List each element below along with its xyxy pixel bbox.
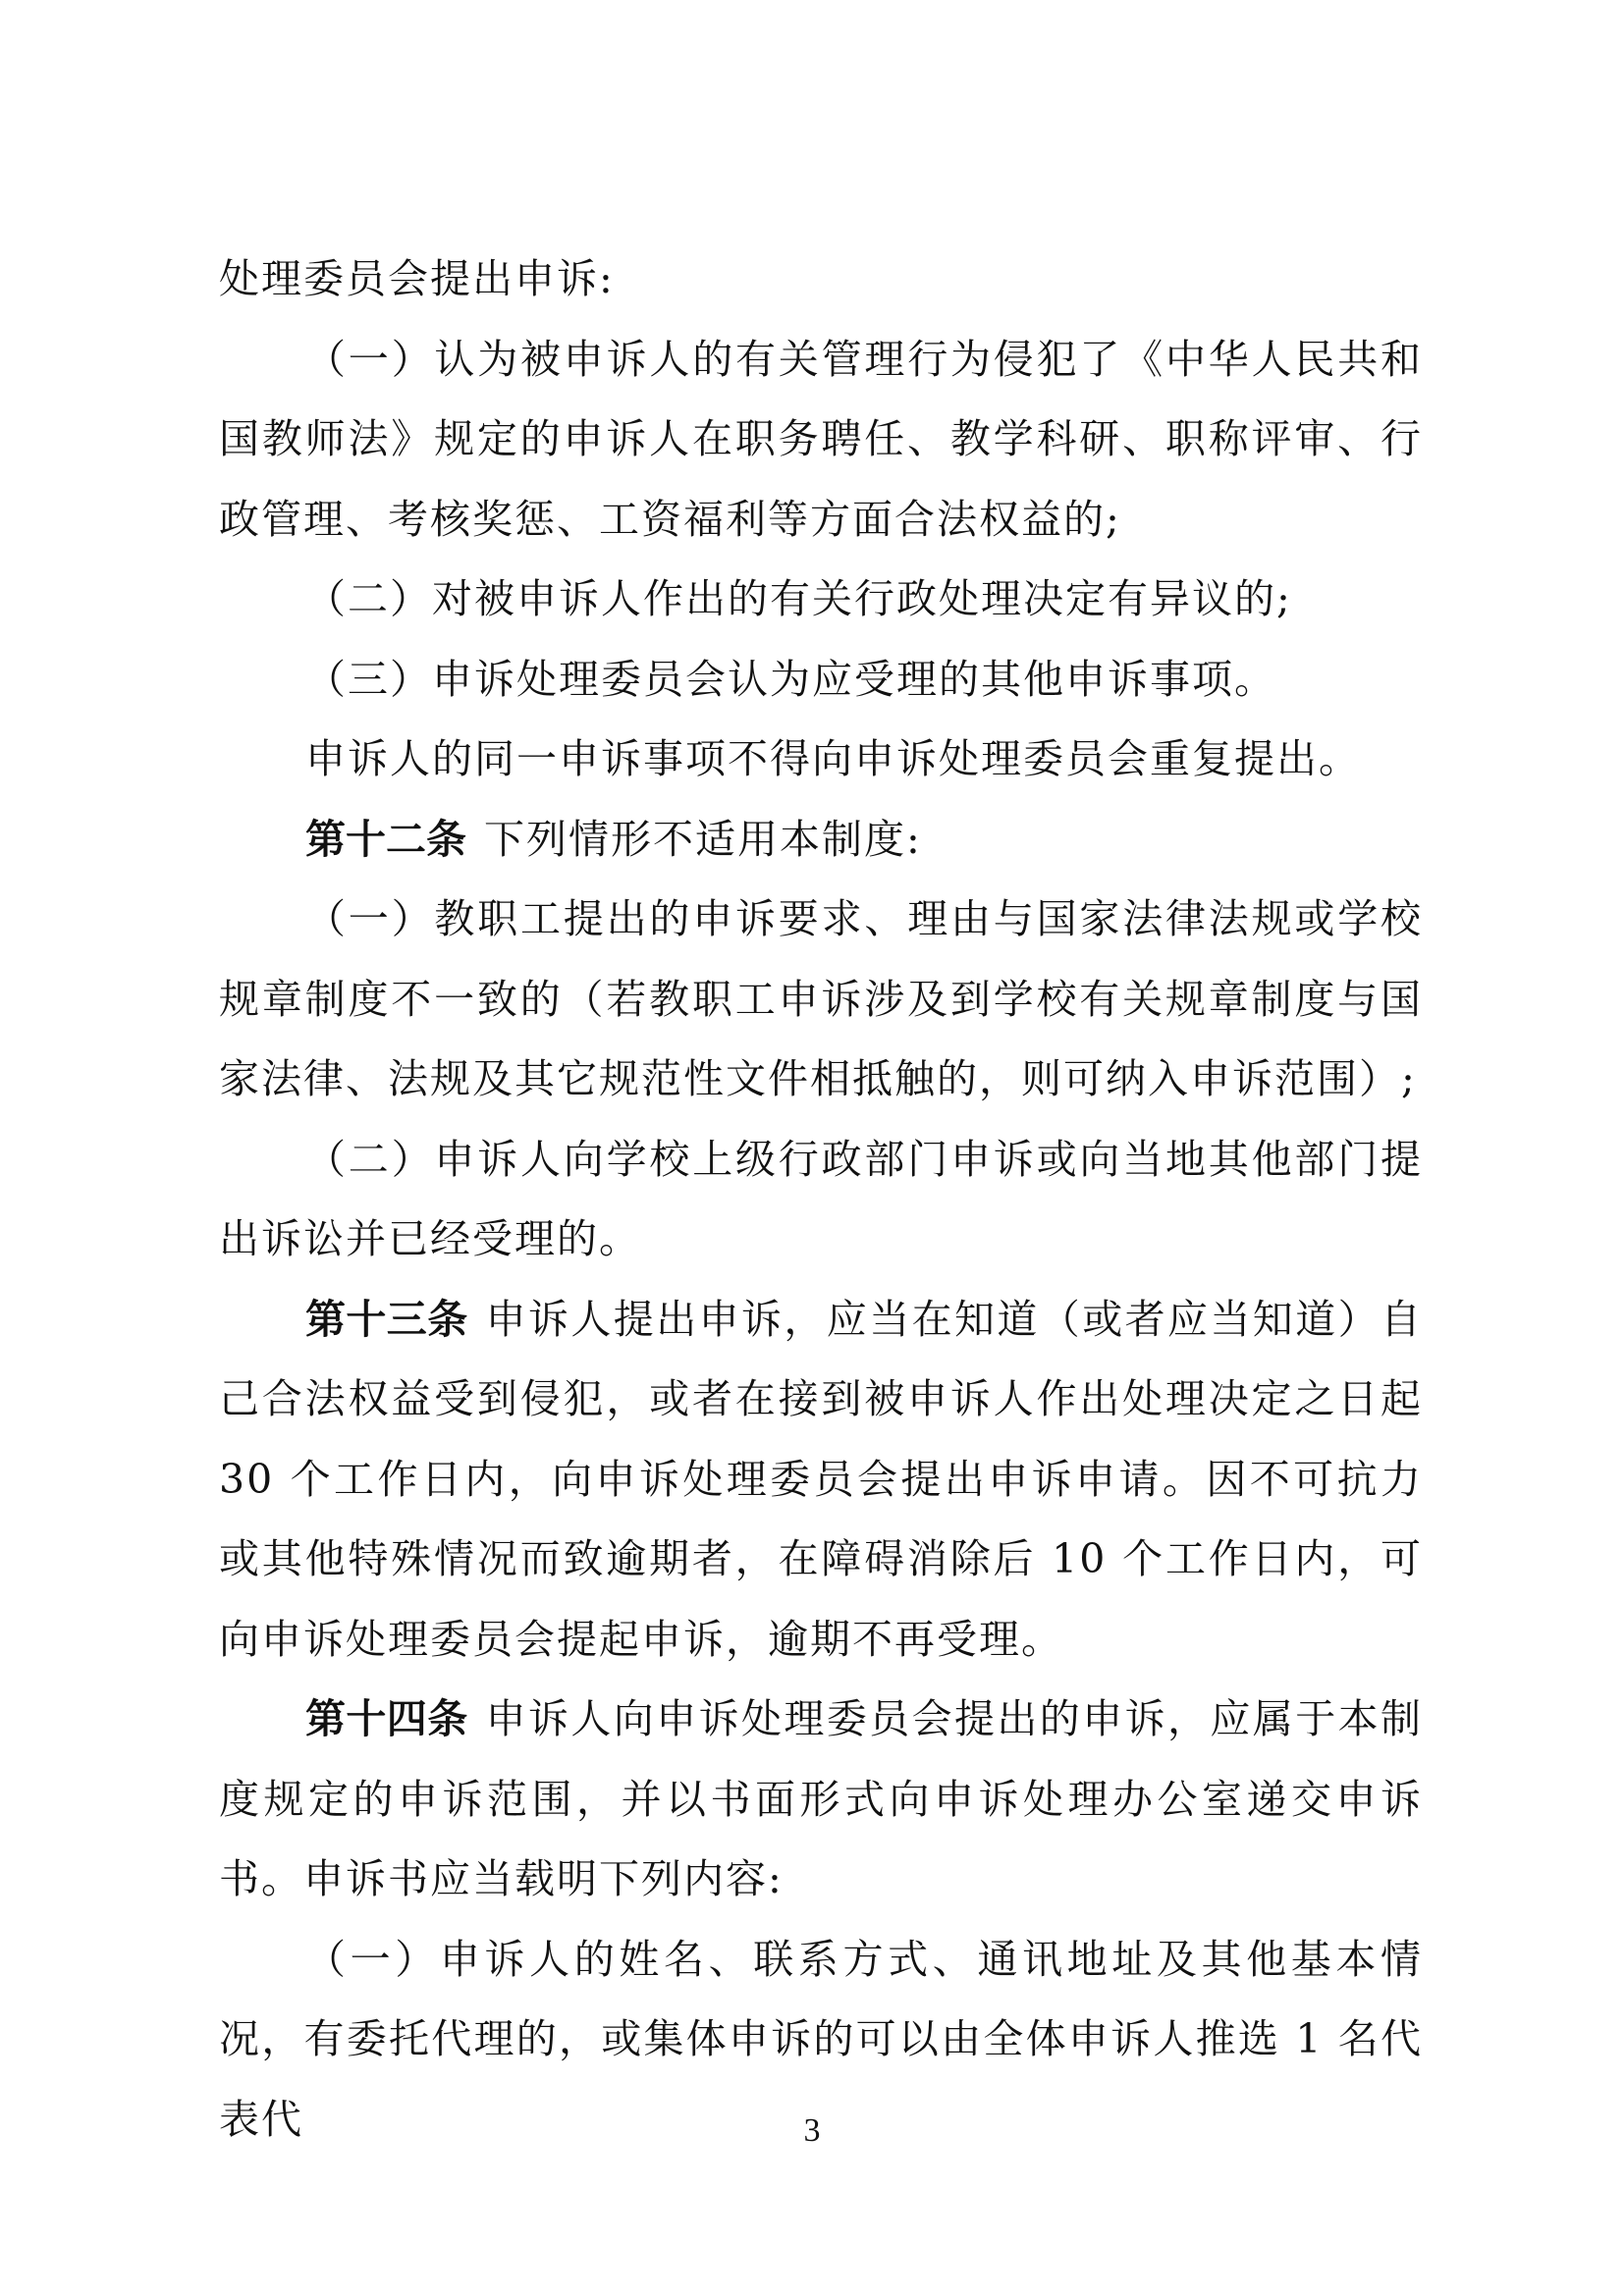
- paragraph-text: （二）对被申诉人作出的有关行政处理决定有异议的;: [305, 575, 1292, 622]
- page-number: 3: [0, 2112, 1624, 2150]
- paragraph-text: （一）教职工提出的申诉要求、理由与国家法律法规或学校规章制度不一致的（若教职工申…: [219, 895, 1423, 1102]
- paragraph-item-2: （二）对被申诉人作出的有关行政处理决定有异议的;: [219, 560, 1423, 640]
- article-13: 第十三条申诉人提出申诉，应当在知道（或者应当知道）自己合法权益受到侵犯，或者在接…: [219, 1280, 1423, 1681]
- paragraph-text: （三）申诉处理委员会认为应受理的其他申诉事项。: [305, 656, 1276, 703]
- paragraph-text: 申诉人提出申诉，应当在知道（或者应当知道）自己合法权益受到侵犯，或者在接到被申诉…: [219, 1296, 1423, 1663]
- paragraph-continuation: 处理委员会提出申诉:: [219, 240, 1423, 320]
- paragraph-text: （二）申诉人向学校上级行政部门申诉或向当地其他部门提出诉讼并已经受理的。: [219, 1136, 1423, 1263]
- paragraph-item-3: （三）申诉处理委员会认为应受理的其他申诉事项。: [219, 640, 1423, 721]
- paragraph-text: （一）申诉人的姓名、联系方式、通讯地址及其他基本情况，有委托代理的，或集体申诉的…: [219, 1936, 1423, 2143]
- paragraph-item-2: （二）申诉人向学校上级行政部门申诉或向当地其他部门提出诉讼并已经受理的。: [219, 1120, 1423, 1280]
- paragraph-text: 处理委员会提出申诉:: [219, 255, 615, 302]
- paragraph-note: 申诉人的同一申诉事项不得向申诉处理委员会重复提出。: [219, 720, 1423, 800]
- paragraph-text: 下列情形不适用本制度:: [484, 816, 922, 863]
- article-12: 第十二条下列情形不适用本制度:: [219, 800, 1423, 881]
- article-number: 第十三条: [305, 1296, 468, 1343]
- document-body: 处理委员会提出申诉: （一）认为被申诉人的有关管理行为侵犯了《中华人民共和国教师…: [219, 240, 1423, 2160]
- article-number: 第十四条: [305, 1695, 468, 1742]
- article-14: 第十四条申诉人向申诉处理委员会提出的申诉，应属于本制度规定的申诉范围，并以书面形…: [219, 1680, 1423, 1920]
- paragraph-item-1: （一）认为被申诉人的有关管理行为侵犯了《中华人民共和国教师法》规定的申诉人在职务…: [219, 320, 1423, 561]
- paragraph-text: （一）认为被申诉人的有关管理行为侵犯了《中华人民共和国教师法》规定的申诉人在职务…: [219, 336, 1423, 543]
- article-number: 第十二条: [305, 816, 466, 863]
- paragraph-item-1: （一）教职工提出的申诉要求、理由与国家法律法规或学校规章制度不一致的（若教职工申…: [219, 880, 1423, 1120]
- document-page: 处理委员会提出申诉: （一）认为被申诉人的有关管理行为侵犯了《中华人民共和国教师…: [0, 0, 1624, 2296]
- paragraph-text: 申诉人的同一申诉事项不得向申诉处理委员会重复提出。: [305, 735, 1361, 782]
